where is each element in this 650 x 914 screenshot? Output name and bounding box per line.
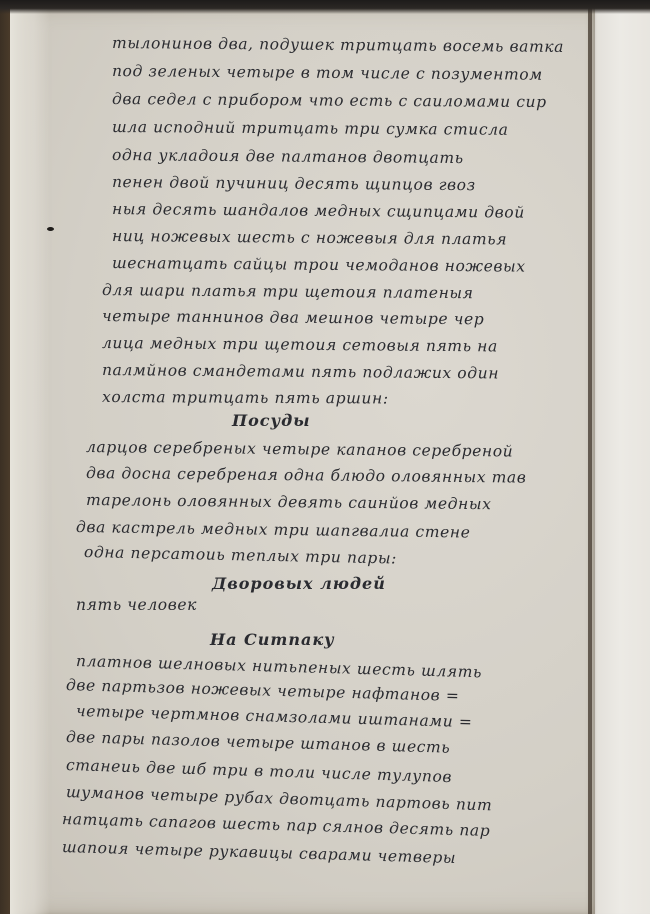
text-line: ларцов серебреных четыре капанов серебре…	[86, 438, 514, 460]
photo-scene: тылонинов двa, подушек тритцать восемь в…	[0, 0, 650, 914]
section-heading: На Ситпаку	[210, 630, 335, 649]
text-line: для шари платья три щетоия платеныя	[102, 281, 474, 302]
text-line: палмйнов смандетами пять подлажих один	[102, 361, 499, 382]
text-line: лица медных три щетоия сетовыя пять на	[102, 334, 498, 355]
section-heading: Дворовых людей	[212, 574, 386, 593]
text-line: две пары пазолов четыре штанов в шесть	[66, 728, 451, 757]
text-line: шуманов четыре рубах двотцать партовь пи…	[66, 783, 493, 814]
text-line: два досна серебреная одна блюдо оловянны…	[86, 464, 527, 487]
text-line: натцать сапагов шесть пар сялнов десять …	[62, 810, 491, 840]
text-line: ниц ножевых шесть с ножевыя для платья	[112, 227, 507, 248]
top-shadow	[0, 0, 650, 14]
text-line: два кастрель медных три шапгвалиа стене	[76, 518, 471, 542]
text-line: станеиь две шб три в толи числе тулупов	[66, 756, 453, 786]
text-line: пять человек	[76, 596, 197, 614]
text-line: два седел с прибором что есть с саиломам…	[112, 90, 547, 111]
text-line: одна персатоиь теплых три пары:	[84, 543, 397, 568]
text-line: под зеленых четыре в том числе с позумен…	[112, 62, 543, 84]
text-line: шапоия четыре рукавицы сварами четверы	[62, 838, 457, 867]
text-line: одна укладоuя две палтанов двотцать	[112, 146, 464, 167]
text-line: четыре таннинов два мешнов четыре чер	[102, 307, 484, 328]
text-line: пенен двой пучиниц десять щипцов гвоз	[112, 173, 476, 194]
text-line: тылонинов двa, подушек тритцать восемь в…	[112, 34, 564, 56]
text-line: платнов шелновых нитьпеных шесть шлять	[76, 652, 483, 681]
manuscript-text: тылонинов двa, подушек тритцать восемь в…	[0, 0, 650, 914]
text-line: тарелонь оловянных девять саинйов медных	[86, 491, 492, 513]
text-line: холста тритцать пять аршин:	[102, 388, 389, 408]
text-line: шла исподний тритцать три сумка стисла	[112, 118, 509, 139]
section-heading: Посуды	[232, 411, 311, 430]
text-line: две партьзов ножевых четыре нафтанов =	[66, 676, 460, 705]
text-line: ныя десять шандалов медных сщипцами двой	[112, 200, 525, 222]
text-line: четыре чертмнов снамзолами иштанами =	[76, 702, 473, 731]
text-line: шеснатцать сайцы трои чемоданов ножевых	[112, 254, 526, 276]
